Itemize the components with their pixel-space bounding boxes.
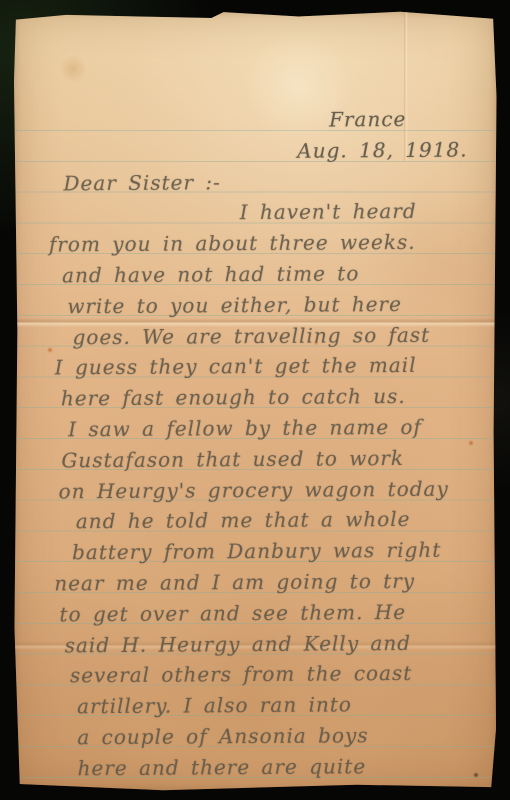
letter-line: I haven't heard [240, 198, 417, 225]
letter-line: write to you either, but here [67, 291, 402, 319]
letter-line: to get over and see them. He [59, 599, 406, 627]
letter-line: on Heurgy's grocery wagon today [59, 475, 449, 504]
letter-line: and he told me that a whole [76, 506, 411, 534]
letter-line: goes. We are travelling so fast [72, 321, 430, 349]
letter-line: here and there are quite [77, 753, 366, 781]
letter-page: FranceAug. 18, 1918.Dear Sister :-I have… [13, 11, 497, 791]
letter-line: artillery. I also ran into [77, 692, 352, 720]
letter-line: here fast enough to catch us. [61, 383, 406, 411]
salutation: Dear Sister :- [63, 169, 221, 196]
letter-line: and have not had time to [62, 260, 359, 288]
letter-line: near me and I am going to try [54, 568, 415, 597]
letter-line: I guess they can't get the mail [55, 352, 417, 381]
heading-place: France [329, 106, 406, 133]
letter-line: Gustafason that used to work [61, 445, 404, 473]
letter-line: a couple of Ansonia boys [77, 722, 368, 750]
letter-line: I saw a fellow by the name of [68, 414, 422, 442]
letter-line: several others from the coast [70, 660, 413, 688]
letter-line: battery from Danbury was right [72, 537, 441, 566]
letter-line: from you in about three weeks. [49, 229, 416, 258]
handwriting-layer: FranceAug. 18, 1918.Dear Sister :-I have… [10, 9, 499, 792]
heading-date: Aug. 18, 1918. [297, 136, 467, 163]
letter-line: said H. Heurgy and Kelly and [65, 630, 412, 658]
